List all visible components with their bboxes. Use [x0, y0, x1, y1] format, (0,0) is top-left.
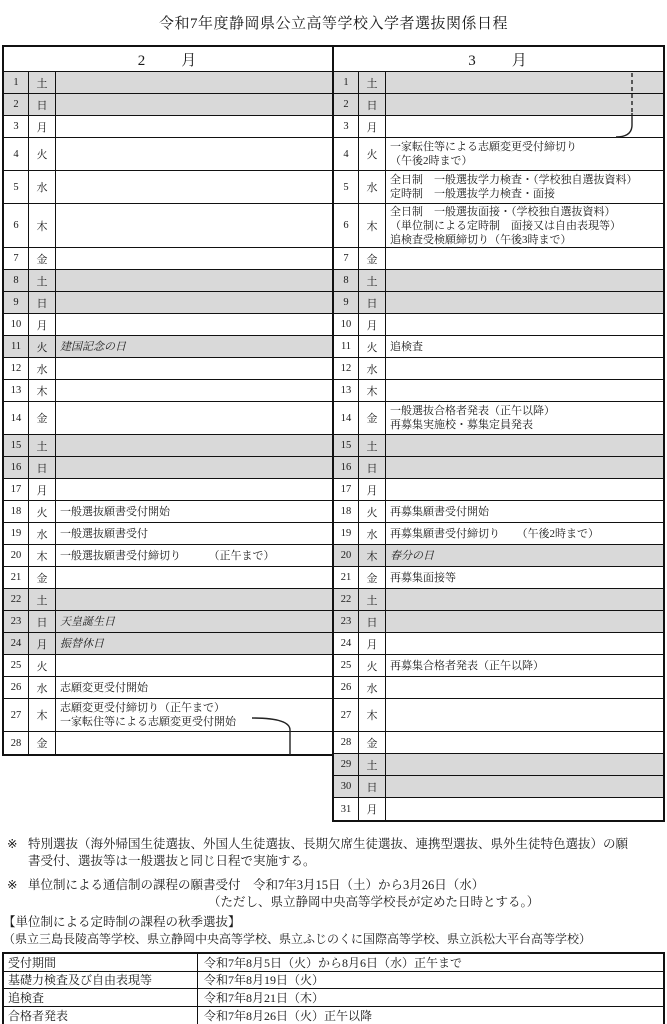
day-number: 14	[334, 402, 359, 434]
day-of-week: 金	[359, 732, 386, 753]
calendar-row: 7金	[334, 248, 663, 270]
note-mark: ※	[7, 877, 17, 893]
event-text: 追検査受検願締切り（午後3時まで）	[390, 233, 661, 247]
event-text: 一般選抜願書受付締切り （正午まで）	[60, 549, 330, 563]
day-number: 7	[334, 248, 359, 269]
day-number: 6	[4, 204, 29, 247]
autumn-selection-schools: （県立三島長陵高等学校、県立静岡中央高等学校、県立ふじのくに国際高等学校、県立浜…	[3, 931, 591, 948]
event-text: 一般選抜願書受付	[60, 527, 330, 541]
day-content-cell: 再募集合格者発表（正午以降）	[386, 655, 663, 676]
day-content-cell	[56, 314, 332, 335]
autumn-row-label: 受付期間	[4, 954, 198, 971]
calendar-row: 4火一家転住等による志願変更受付締切り（午後2時まで）	[334, 138, 663, 171]
day-content-cell	[56, 567, 332, 588]
day-content-cell	[386, 292, 663, 313]
day-content-cell	[386, 633, 663, 654]
calendar-row: 10月	[334, 314, 663, 336]
calendar-row: 9日	[334, 292, 663, 314]
calendar-row: 11火追検査	[334, 336, 663, 358]
day-of-week: 日	[359, 611, 386, 632]
day-content-cell	[56, 171, 332, 203]
day-content-cell: 再募集面接等	[386, 567, 663, 588]
calendar-row: 8土	[4, 270, 332, 292]
day-content-cell: 全日制 一般選抜面接・（学校独自選抜資料）（単位制による定時制 面接又は自由表現…	[386, 204, 663, 247]
day-number: 3	[4, 116, 29, 137]
day-of-week: 土	[29, 72, 56, 93]
day-of-week: 火	[29, 655, 56, 676]
calendar-row: 20木一般選抜願書受付締切り （正午まで）	[4, 545, 332, 567]
day-of-week: 火	[359, 501, 386, 522]
day-of-week: 木	[359, 545, 386, 566]
day-content-cell	[56, 732, 332, 754]
autumn-row-label: 追検査	[4, 989, 198, 1006]
day-number: 7	[4, 248, 29, 269]
day-content-cell: 天皇誕生日	[56, 611, 332, 632]
calendar-row: 6木	[4, 204, 332, 248]
day-number: 26	[4, 677, 29, 698]
day-number: 19	[4, 523, 29, 544]
autumn-row-label: 基礎力検査及び自由表現等	[4, 972, 198, 989]
calendar-row: 21金	[4, 567, 332, 589]
calendar-row: 12水	[4, 358, 332, 380]
day-content-cell	[386, 479, 663, 500]
month-table-february: 2 月1土2日3月4火5水6木7金8土9日10月11火建国記念の日12水13木1…	[2, 45, 334, 756]
day-content-cell	[56, 270, 332, 291]
day-of-week: 木	[29, 204, 56, 247]
day-of-week: 木	[359, 380, 386, 401]
calendar-row: 1土	[334, 72, 663, 94]
day-number: 21	[4, 567, 29, 588]
event-text: （午後2時まで）	[390, 154, 661, 168]
calendar-row: 27木志願変更受付締切り（正午まで）一家転住等による志願変更受付開始	[4, 699, 332, 732]
day-number: 30	[334, 776, 359, 797]
day-content-cell	[56, 435, 332, 456]
day-content-cell	[386, 589, 663, 610]
calendar-row: 17月	[334, 479, 663, 501]
day-of-week: 月	[29, 314, 56, 335]
day-content-cell	[386, 677, 663, 698]
day-number: 27	[334, 699, 359, 731]
calendar-row: 28金	[4, 732, 332, 754]
autumn-row-value: 令和7年8月26日（火）正午以降	[198, 1007, 663, 1024]
day-of-week: 金	[29, 248, 56, 269]
day-content-cell: 全日制 一般選抜学力検査・（学校独自選抜資料）定時制 一般選抜学力検査・面接	[386, 171, 663, 203]
event-text: 再募集願書受付締切り （午後2時まで）	[390, 527, 661, 541]
calendar-row: 28金	[334, 732, 663, 754]
day-number: 1	[334, 72, 359, 93]
calendar-row: 26水	[334, 677, 663, 699]
day-number: 18	[334, 501, 359, 522]
event-text: 再募集面接等	[390, 571, 661, 585]
day-content-cell: 一般選抜合格者発表（正午以降）再募集実施校・募集定員発表	[386, 402, 663, 434]
day-number: 21	[334, 567, 359, 588]
calendar-row: 4火	[4, 138, 332, 171]
day-of-week: 日	[29, 457, 56, 478]
day-number: 18	[4, 501, 29, 522]
day-content-cell	[56, 402, 332, 434]
autumn-row-value: 令和7年8月5日（火）から8月6日（水）正午まで	[198, 954, 663, 971]
day-of-week: 木	[359, 699, 386, 731]
calendar-row: 20木春分の日	[334, 545, 663, 567]
day-of-week: 木	[359, 204, 386, 247]
day-content-cell	[386, 94, 663, 115]
calendar-row: 1土	[4, 72, 332, 94]
day-of-week: 月	[359, 314, 386, 335]
holiday-label: 建国記念の日	[60, 340, 330, 354]
day-of-week: 金	[359, 402, 386, 434]
calendar-row: 25火再募集合格者発表（正午以降）	[334, 655, 663, 677]
day-content-cell	[56, 358, 332, 379]
day-of-week: 火	[29, 336, 56, 357]
day-of-week: 水	[29, 171, 56, 203]
day-number: 12	[334, 358, 359, 379]
autumn-table-row: 合格者発表令和7年8月26日（火）正午以降	[4, 1007, 663, 1024]
day-content-cell	[386, 380, 663, 401]
page-title: 令和7年度静岡県公立高等学校入学者選抜関係日程	[0, 12, 667, 33]
calendar-row: 9日	[4, 292, 332, 314]
day-number: 10	[4, 314, 29, 335]
day-of-week: 木	[29, 699, 56, 731]
event-text: 一家転住等による志願変更受付締切り	[390, 140, 661, 154]
day-number: 11	[4, 336, 29, 357]
day-of-week: 水	[29, 358, 56, 379]
calendar-row: 17月	[4, 479, 332, 501]
calendar-row: 19水再募集願書受付締切り （午後2時まで）	[334, 523, 663, 545]
day-of-week: 月	[359, 633, 386, 654]
day-of-week: 水	[29, 523, 56, 544]
day-of-week: 金	[29, 402, 56, 434]
holiday-label: 振替休日	[60, 637, 330, 651]
day-content-cell	[386, 358, 663, 379]
day-content-cell	[386, 270, 663, 291]
holiday-label: 天皇誕生日	[60, 615, 330, 629]
day-content-cell	[56, 655, 332, 676]
day-content-cell: 一般選抜願書受付締切り （正午まで）	[56, 545, 332, 566]
event-text: 再募集願書受付開始	[390, 505, 661, 519]
day-number: 16	[4, 457, 29, 478]
day-content-cell	[56, 204, 332, 247]
day-number: 9	[4, 292, 29, 313]
day-number: 31	[334, 798, 359, 820]
day-of-week: 火	[29, 501, 56, 522]
day-number: 15	[4, 435, 29, 456]
note-special-selection: ※ 特別選抜（海外帰国生徒選抜、外国人生徒選抜、長期欠席生徒選抜、連携型選抜、県…	[0, 836, 660, 870]
calendar-row: 19水一般選抜願書受付	[4, 523, 332, 545]
event-text: 一般選抜願書受付開始	[60, 505, 330, 519]
day-content-cell: 志願変更受付開始	[56, 677, 332, 698]
holiday-label: 春分の日	[390, 549, 661, 563]
day-of-week: 月	[29, 479, 56, 500]
day-of-week: 木	[29, 545, 56, 566]
day-number: 29	[334, 754, 359, 775]
event-text: 一家転住等による志願変更受付開始	[60, 715, 330, 729]
day-of-week: 月	[359, 479, 386, 500]
day-number: 13	[4, 380, 29, 401]
day-number: 25	[334, 655, 359, 676]
calendar-row: 6木全日制 一般選抜面接・（学校独自選抜資料）（単位制による定時制 面接又は自由…	[334, 204, 663, 248]
calendar-row: 16日	[4, 457, 332, 479]
day-of-week: 土	[29, 270, 56, 291]
day-of-week: 金	[29, 567, 56, 588]
day-of-week: 日	[359, 292, 386, 313]
event-text: 再募集合格者発表（正午以降）	[390, 659, 661, 673]
day-of-week: 土	[359, 72, 386, 93]
day-number: 25	[4, 655, 29, 676]
calendar: 2 月1土2日3月4火5水6木7金8土9日10月11火建国記念の日12水13木1…	[2, 45, 665, 825]
day-number: 14	[4, 402, 29, 434]
day-content-cell: 再募集願書受付締切り （午後2時まで）	[386, 523, 663, 544]
day-number: 17	[334, 479, 359, 500]
calendar-row: 31月	[334, 798, 663, 820]
note-text-line: 書受付、選抜等は一般選抜と同じ日程で実施する。	[28, 853, 660, 870]
day-of-week: 日	[359, 94, 386, 115]
calendar-row: 22土	[334, 589, 663, 611]
day-of-week: 水	[359, 677, 386, 698]
day-number: 23	[4, 611, 29, 632]
day-content-cell	[386, 611, 663, 632]
day-number: 23	[334, 611, 359, 632]
day-of-week: 月	[359, 798, 386, 820]
day-content-cell	[56, 479, 332, 500]
day-content-cell: 志願変更受付締切り（正午まで）一家転住等による志願変更受付開始	[56, 699, 332, 731]
note-text-line: 単位制による通信制の課程の願書受付 令和7年3月15日（土）から3月26日（水）	[28, 877, 660, 894]
autumn-row-value: 令和7年8月21日（木）	[198, 989, 663, 1006]
autumn-row-value: 令和7年8月19日（火）	[198, 972, 663, 989]
event-text: 追検査	[390, 340, 661, 354]
day-content-cell: 一般選抜願書受付開始	[56, 501, 332, 522]
day-of-week: 火	[359, 336, 386, 357]
month-table-march: 3 月1土2日3月4火一家転住等による志願変更受付締切り（午後2時まで）5水全日…	[332, 45, 665, 822]
day-content-cell	[56, 138, 332, 170]
autumn-selection-header: 【単位制による定時制の課程の秋季選抜】	[3, 914, 241, 931]
day-content-cell	[386, 314, 663, 335]
day-number: 2	[4, 94, 29, 115]
calendar-row: 7金	[4, 248, 332, 270]
day-number: 28	[4, 732, 29, 754]
day-of-week: 金	[359, 248, 386, 269]
event-text: 志願変更受付締切り（正午まで）	[60, 701, 330, 715]
day-number: 26	[334, 677, 359, 698]
day-content-cell	[386, 776, 663, 797]
calendar-row: 23日天皇誕生日	[4, 611, 332, 633]
calendar-row: 15土	[4, 435, 332, 457]
day-of-week: 土	[359, 435, 386, 456]
day-number: 2	[334, 94, 359, 115]
day-of-week: 金	[29, 732, 56, 754]
day-number: 28	[334, 732, 359, 753]
calendar-row: 5水全日制 一般選抜学力検査・（学校独自選抜資料）定時制 一般選抜学力検査・面接	[334, 171, 663, 204]
day-of-week: 水	[359, 523, 386, 544]
day-content-cell: 再募集願書受付開始	[386, 501, 663, 522]
day-content-cell	[386, 248, 663, 269]
day-number: 9	[334, 292, 359, 313]
day-number: 5	[334, 171, 359, 203]
day-content-cell	[56, 248, 332, 269]
day-content-cell	[56, 589, 332, 610]
day-of-week: 水	[29, 677, 56, 698]
calendar-row: 23日	[334, 611, 663, 633]
calendar-row: 13木	[334, 380, 663, 402]
day-content-cell	[386, 435, 663, 456]
calendar-row: 21金再募集面接等	[334, 567, 663, 589]
day-of-week: 土	[29, 589, 56, 610]
day-number: 27	[4, 699, 29, 731]
calendar-row: 24月	[334, 633, 663, 655]
event-text: 再募集実施校・募集定員発表	[390, 418, 661, 432]
day-content-cell: 建国記念の日	[56, 336, 332, 357]
note-mark: ※	[7, 836, 17, 852]
calendar-row: 26水志願変更受付開始	[4, 677, 332, 699]
day-number: 22	[334, 589, 359, 610]
day-of-week: 土	[29, 435, 56, 456]
day-content-cell	[386, 72, 663, 93]
day-content-cell	[56, 116, 332, 137]
day-of-week: 水	[359, 171, 386, 203]
day-content-cell	[56, 72, 332, 93]
calendar-row: 12水	[334, 358, 663, 380]
calendar-row: 5水	[4, 171, 332, 204]
day-content-cell	[386, 699, 663, 731]
calendar-row: 14金	[4, 402, 332, 435]
day-of-week: 金	[359, 567, 386, 588]
calendar-row: 3月	[334, 116, 663, 138]
day-number: 24	[4, 633, 29, 654]
day-of-week: 土	[359, 754, 386, 775]
day-content-cell	[386, 754, 663, 775]
day-of-week: 水	[359, 358, 386, 379]
day-number: 15	[334, 435, 359, 456]
day-number: 3	[334, 116, 359, 137]
day-content-cell: 追検査	[386, 336, 663, 357]
day-content-cell: 振替休日	[56, 633, 332, 654]
calendar-row: 29土	[334, 754, 663, 776]
calendar-row: 25火	[4, 655, 332, 677]
day-content-cell	[56, 94, 332, 115]
day-of-week: 日	[359, 457, 386, 478]
autumn-selection-table: 受付期間令和7年8月5日（火）から8月6日（水）正午まで基礎力検査及び自由表現等…	[2, 952, 665, 1024]
day-number: 20	[334, 545, 359, 566]
day-of-week: 火	[359, 138, 386, 170]
calendar-row: 27木	[334, 699, 663, 732]
day-content-cell	[386, 457, 663, 478]
calendar-row: 11火建国記念の日	[4, 336, 332, 358]
calendar-row: 30日	[334, 776, 663, 798]
day-number: 11	[334, 336, 359, 357]
calendar-row: 18火一般選抜願書受付開始	[4, 501, 332, 523]
autumn-table-row: 受付期間令和7年8月5日（火）から8月6日（水）正午まで	[4, 954, 663, 972]
note-text-line: 特別選抜（海外帰国生徒選抜、外国人生徒選抜、長期欠席生徒選抜、連携型選抜、県外生…	[28, 836, 660, 853]
day-number: 4	[334, 138, 359, 170]
day-number: 10	[334, 314, 359, 335]
day-number: 24	[334, 633, 359, 654]
event-text: 全日制 一般選抜面接・（学校独自選抜資料）	[390, 205, 661, 219]
calendar-row: 14金一般選抜合格者発表（正午以降）再募集実施校・募集定員発表	[334, 402, 663, 435]
calendar-row: 8土	[334, 270, 663, 292]
note-correspondence-course: ※ 単位制による通信制の課程の願書受付 令和7年3月15日（土）から3月26日（…	[0, 877, 660, 911]
event-text: 一般選抜合格者発表（正午以降）	[390, 404, 661, 418]
day-number: 13	[334, 380, 359, 401]
day-number: 8	[4, 270, 29, 291]
day-content-cell: 春分の日	[386, 545, 663, 566]
autumn-table-row: 基礎力検査及び自由表現等令和7年8月19日（火）	[4, 972, 663, 990]
calendar-row: 2日	[334, 94, 663, 116]
calendar-row: 22土	[4, 589, 332, 611]
event-text: （単位制による定時制 面接又は自由表現等）	[390, 219, 661, 233]
day-content-cell: 一般選抜願書受付	[56, 523, 332, 544]
day-of-week: 土	[359, 589, 386, 610]
month-header: 2 月	[4, 47, 332, 72]
month-header: 3 月	[334, 47, 663, 72]
event-text: 定時制 一般選抜学力検査・面接	[390, 187, 661, 201]
day-content-cell: 一家転住等による志願変更受付締切り（午後2時まで）	[386, 138, 663, 170]
day-content-cell	[386, 116, 663, 137]
autumn-table-row: 追検査令和7年8月21日（木）	[4, 989, 663, 1007]
day-of-week: 月	[29, 116, 56, 137]
day-number: 19	[334, 523, 359, 544]
calendar-row: 2日	[4, 94, 332, 116]
day-of-week: 火	[359, 655, 386, 676]
day-number: 20	[4, 545, 29, 566]
day-content-cell	[56, 292, 332, 313]
autumn-row-label: 合格者発表	[4, 1007, 198, 1024]
day-of-week: 日	[29, 94, 56, 115]
day-number: 12	[4, 358, 29, 379]
calendar-row: 10月	[4, 314, 332, 336]
day-of-week: 日	[359, 776, 386, 797]
calendar-row: 15土	[334, 435, 663, 457]
day-content-cell	[56, 380, 332, 401]
day-of-week: 木	[29, 380, 56, 401]
calendar-row: 18火再募集願書受付開始	[334, 501, 663, 523]
day-of-week: 日	[29, 611, 56, 632]
event-text: 全日制 一般選抜学力検査・（学校独自選抜資料）	[390, 173, 661, 187]
day-number: 16	[334, 457, 359, 478]
day-of-week: 月	[359, 116, 386, 137]
note-text-line: （ただし、県立静岡中央高等学校長が定めた日時とする。）	[28, 894, 660, 911]
day-content-cell	[386, 732, 663, 753]
day-content-cell	[386, 798, 663, 820]
day-content-cell	[56, 457, 332, 478]
day-number: 5	[4, 171, 29, 203]
calendar-row: 24月振替休日	[4, 633, 332, 655]
day-number: 1	[4, 72, 29, 93]
calendar-row: 13木	[4, 380, 332, 402]
day-of-week: 月	[29, 633, 56, 654]
day-of-week: 日	[29, 292, 56, 313]
calendar-row: 3月	[4, 116, 332, 138]
day-number: 8	[334, 270, 359, 291]
day-of-week: 土	[359, 270, 386, 291]
day-number: 22	[4, 589, 29, 610]
event-text: 志願変更受付開始	[60, 681, 330, 695]
day-of-week: 火	[29, 138, 56, 170]
day-number: 4	[4, 138, 29, 170]
day-number: 17	[4, 479, 29, 500]
calendar-row: 16日	[334, 457, 663, 479]
day-number: 6	[334, 204, 359, 247]
